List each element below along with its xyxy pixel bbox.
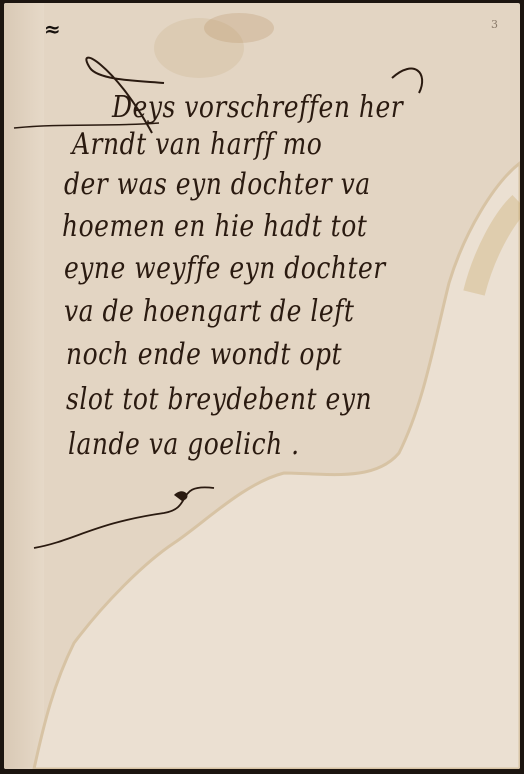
text-line: lande va goelich . — [68, 426, 300, 461]
text-line: slot tot breydebent eyn — [66, 381, 372, 416]
text-line: hoemen en hie hadt tot — [62, 208, 367, 243]
manuscript-page: ≈ 3 Deys vorschreffen her Arndt van harf… — [4, 3, 520, 769]
text-line: va de hoengart de left — [64, 293, 354, 328]
text-line: Arndt van harff mo — [72, 126, 322, 161]
text-line: Deys vorschreffen her — [112, 89, 403, 124]
text-line: eyne weyffe eyn dochter — [64, 250, 386, 285]
text-line: noch ende wondt opt — [66, 336, 342, 371]
text-line: der was eyn dochter va — [64, 166, 371, 201]
